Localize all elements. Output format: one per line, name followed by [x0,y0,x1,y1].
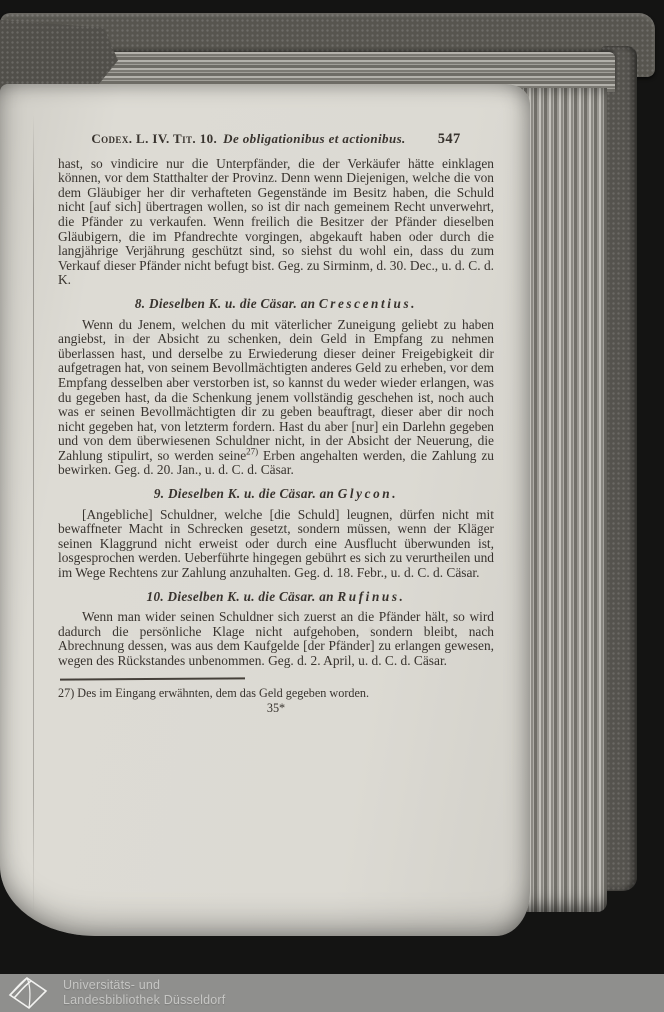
ulb-duesseldorf-logo-icon [7,976,49,1010]
library-name-line1: Universitäts- und [63,978,225,993]
running-head-latin-title: De obligationibus et actionibus. [223,132,406,147]
scanned-book-viewport: Codex. L. IV. Tit. 10. De obligationibus… [0,0,664,1012]
section-10-heading: 10. Dieselben K. u. die Cäsar. an Rufinu… [58,590,494,605]
section-8-heading-text: 8. Dieselben K. u. die Cäsar. an [135,296,319,311]
section-10-heading-name: Rufinus. [337,589,405,604]
library-name-line2: Landesbibliothek Düsseldorf [63,993,225,1008]
section-8-heading-name: Crescentius. [319,296,417,311]
section-10-heading-text: 10. Dieselben K. u. die Cäsar. an [147,589,338,604]
section-8-heading: 8. Dieselben K. u. die Cäsar. an Crescen… [58,297,494,312]
paragraph-continuation: hast, so vindicire nur die Unterpfänder,… [58,157,494,288]
book-page: Codex. L. IV. Tit. 10. De obligationibus… [0,84,530,936]
page-stack-fore-edge [519,88,607,912]
section-10-paragraph: Wenn man wider seinen Schuldner sich zue… [58,610,494,668]
section-9-heading-text: 9. Dieselben K. u. die Cäsar. an [154,486,338,501]
page-crease-line [33,114,34,914]
section-9-heading-name: Glycon. [338,486,398,501]
sheet-signature: 35* [58,701,494,716]
section-9-paragraph: [Angebliche] Schuldner, welche [die Schu… [58,508,494,581]
footnote-separator-rule [60,677,245,680]
page-content: Codex. L. IV. Tit. 10. De obligationibus… [58,132,494,716]
running-head-codex: Codex. L. IV. Tit. 10. [91,132,217,147]
section-9-heading: 9. Dieselben K. u. die Cäsar. an Glycon. [58,487,494,502]
footnote-marker-27: 27) [246,446,258,456]
section-8-text: Wenn du Jenem, welchen du mit väterliche… [58,317,494,463]
running-head: Codex. L. IV. Tit. 10. De obligationibus… [58,132,494,147]
page-number: 547 [438,132,461,147]
section-8-paragraph: Wenn du Jenem, welchen du mit väterliche… [58,318,494,479]
library-name: Universitäts- und Landesbibliothek Düsse… [63,978,225,1008]
footnote-27: 27) Des im Eingang erwähnten, dem das Ge… [58,686,494,701]
library-footer-bar: Universitäts- und Landesbibliothek Düsse… [0,974,664,1012]
